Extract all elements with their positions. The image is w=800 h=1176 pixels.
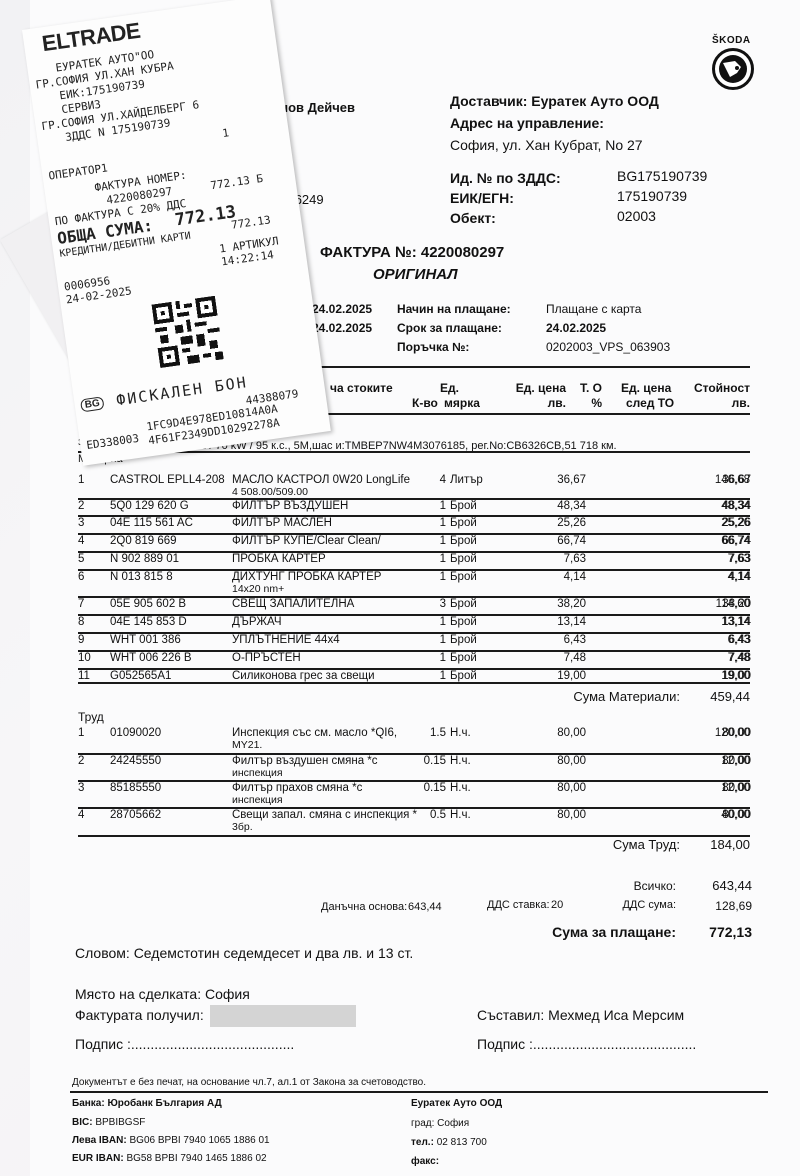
cell-name: Силиконова грес за свещи <box>232 670 432 682</box>
cell-unit: Брой <box>450 634 510 646</box>
cell-qty: 1.5 <box>408 727 446 739</box>
cell-value: 25,26 <box>688 517 750 529</box>
total-all-label: Всичко: <box>580 879 676 893</box>
eik-number: 175190739 <box>617 188 687 204</box>
cell-n: 6 <box>78 571 98 583</box>
cell-value: 7,48 <box>688 652 750 664</box>
cell-unit: Брой <box>450 670 510 682</box>
cell-price: 48,34 <box>508 500 586 512</box>
iban-eur: BG58 BPBI 7940 1465 1886 02 <box>126 1153 266 1164</box>
col-header-price-top: Ед. цена <box>500 381 566 395</box>
cell-unit: Н.ч. <box>450 755 510 767</box>
cell-qty: 1 <box>408 616 446 628</box>
receipt-operator: ОПЕРАТОР1 <box>48 161 109 182</box>
cell-value: 19,00 <box>688 670 750 682</box>
cell-unit: Н.ч. <box>450 782 510 794</box>
cell-unit: Брой <box>450 571 510 583</box>
vat-rate: 20 <box>551 899 563 911</box>
payment-method: Плащане с карта <box>546 302 641 316</box>
cell-price: 80,00 <box>508 727 586 739</box>
cell-qty: 1 <box>408 553 446 565</box>
cell-price: 19,00 <box>508 670 586 682</box>
cell-price: 6,43 <box>508 634 586 646</box>
cell-value: 12,00 <box>688 782 750 794</box>
col-header-qty: К-во <box>412 396 438 410</box>
fax-label: факс: <box>411 1156 439 1167</box>
tax-event-date: 24.02.2025 <box>312 321 372 335</box>
cell-name: Инспекция със см. масло *QI6, <box>232 727 432 739</box>
vat-rate-label: ДДС ставка: <box>487 899 550 911</box>
cell-value: 6,43 <box>688 634 750 646</box>
address-label: Адрес на управление: <box>450 115 604 131</box>
receipt-invoice-amount: 772.13 Б <box>210 172 264 192</box>
col-header-value: лв. <box>680 396 750 410</box>
cell-name: ДИХТУНГ ПРОБКА КАРТЕР <box>232 571 432 583</box>
cell-unit: Брой <box>450 616 510 628</box>
cell-qty: 0.5 <box>408 809 446 821</box>
cell-n: 9 <box>78 634 98 646</box>
cell-n: 3 <box>78 517 98 529</box>
place-of-deal: Място на сделката: София <box>75 986 250 1002</box>
composed-by: Съставил: Мехмед Иса Мерсим <box>477 1007 684 1023</box>
cell-value: 13,14 <box>688 616 750 628</box>
cell-name-continued: MY21. <box>232 739 262 751</box>
vat-sum-label: ДДС сума: <box>580 899 676 911</box>
invoice-title: ФАКТУРА №: 4220080297 <box>320 244 504 261</box>
cell-qty: 1 <box>408 670 446 682</box>
cell-n: 8 <box>78 616 98 628</box>
cell-n: 10 <box>78 652 98 664</box>
row-separator <box>78 682 750 684</box>
invoice-subtitle: ОРИГИНАЛ <box>373 266 458 283</box>
cell-value: 7,63 <box>688 553 750 565</box>
cell-qty: 1 <box>408 517 446 529</box>
materials-sum-label: Сума Материали: <box>560 689 680 704</box>
cell-price: 7,63 <box>508 553 586 565</box>
total-all: 643,44 <box>690 878 752 893</box>
cell-unit: Брой <box>450 500 510 512</box>
cell-n: 4 <box>78 535 98 547</box>
signature-left: Подпис :................................… <box>75 1036 294 1052</box>
col-header-name: ча стоките <box>330 381 393 395</box>
cell-n: 7 <box>78 598 98 610</box>
cell-name-continued: 4 508.00/509.00 <box>232 486 308 498</box>
iban-bgn-label: Лева IBAN: <box>72 1135 127 1146</box>
cell-price: 38,20 <box>508 598 586 610</box>
cell-name: Филтър прахов смяна *с <box>232 782 432 794</box>
cell-n: 2 <box>78 500 98 512</box>
brand-name: ŠKODA <box>712 35 751 46</box>
cell-qty: 1 <box>408 571 446 583</box>
cell-price: 25,26 <box>508 517 586 529</box>
receipt-device-number: ED338003 <box>86 432 140 452</box>
issue-date: 24.02.2025 <box>312 302 372 316</box>
receipt-marker: 1 <box>221 126 229 140</box>
materials-sum: 459,44 <box>690 689 750 704</box>
col-header-value-top: Стойност <box>680 381 750 395</box>
company-name: Еуратек Ауто ООД <box>411 1098 502 1109</box>
cell-n: 4 <box>78 809 98 821</box>
company-city: град: София <box>411 1118 469 1129</box>
skoda-logo-icon <box>712 48 754 90</box>
cell-value: 12,00 <box>688 755 750 767</box>
payable-total: 772,13 <box>690 924 752 940</box>
cell-name-continued: инспекция <box>232 767 283 779</box>
cell-name-continued: 14x20 nm+ <box>232 583 284 595</box>
due-date-label: Срок за плащане: <box>397 321 502 335</box>
tax-base-label: Данъчна основа: <box>321 901 407 913</box>
cell-unit: Н.ч. <box>450 727 510 739</box>
object-label: Обект: <box>450 210 496 226</box>
col-header-disc-top: Т. О <box>570 381 602 395</box>
cell-name: ФИЛТЪР ВЪЗДУШЕН <box>232 500 432 512</box>
col-header-price: лв. <box>500 396 566 410</box>
cell-value: 48,34 <box>688 500 750 512</box>
cell-unit: Литър <box>450 474 510 486</box>
cell-name: Филтър въздушен смяна *с <box>232 755 432 767</box>
bic: BPBIBGSF <box>95 1117 145 1128</box>
cell-qty: 1 <box>408 535 446 547</box>
cell-name: ФИЛТЪР МАСЛЕН <box>232 517 432 529</box>
phone-label: тел.: <box>411 1137 434 1148</box>
cell-price: 4,14 <box>508 571 586 583</box>
col-header-after: след ТО <box>626 396 674 410</box>
cell-n: 2 <box>78 755 98 767</box>
cell-unit: Брой <box>450 517 510 529</box>
bank-name: Банка: Юробанк България АД <box>72 1098 222 1109</box>
redacted-recipient <box>210 1005 356 1027</box>
cell-price: 13,14 <box>508 616 586 628</box>
received-by-label: Фактурата получил: <box>75 1007 204 1023</box>
cell-value: 146,68 <box>688 474 750 486</box>
amount-in-words: Словом: Седемстотин седемдесет и два лв.… <box>75 945 413 961</box>
cell-price: 80,00 <box>508 782 586 794</box>
cell-unit: Брой <box>450 598 510 610</box>
cell-qty: 1 <box>408 652 446 664</box>
cell-name-continued: инспекция <box>232 794 283 806</box>
cell-name: УПЛЪТНЕНИЕ 44x4 <box>232 634 432 646</box>
legal-note: Документът е без печат, на основание чл.… <box>72 1077 426 1088</box>
cell-name-continued: 3бр. <box>232 821 253 833</box>
order-number: 0202003_VPS_063903 <box>546 340 670 354</box>
labor-sum-label: Сума Труд: <box>560 837 680 852</box>
cell-name: Свещи запал. смяна с инспекция * <box>232 809 432 821</box>
bg-badge-icon: BG <box>80 396 105 412</box>
cell-qty: 0.15 <box>408 755 446 767</box>
cell-value: 4,14 <box>688 571 750 583</box>
cell-unit: Н.ч. <box>450 809 510 821</box>
labor-sum: 184,00 <box>690 837 750 852</box>
cell-qty: 1 <box>408 634 446 646</box>
cell-n: 3 <box>78 782 98 794</box>
cell-name: МАСЛО КАСТРОЛ 0W20 LongLife <box>232 474 432 486</box>
qr-code-icon <box>151 296 223 368</box>
vat-sum: 128,69 <box>690 899 752 913</box>
cell-price: 7,48 <box>508 652 586 664</box>
col-header-unit: мярка <box>444 396 480 410</box>
cell-value: 120,00 <box>688 727 750 739</box>
cell-price: 66,74 <box>508 535 586 547</box>
tax-base: 643,44 <box>408 901 442 913</box>
cell-price: 36,67 <box>508 474 586 486</box>
signature-right: Подпис :................................… <box>477 1036 696 1052</box>
supplier-address: София, ул. Хан Кубрат, No 27 <box>450 137 643 153</box>
vat-number: BG175190739 <box>617 168 707 184</box>
cell-value: 114,60 <box>688 598 750 610</box>
iban-bgn: BG06 BPBI 7940 1065 1886 01 <box>130 1135 270 1146</box>
bic-label: BIC: <box>72 1117 93 1128</box>
cell-n: 1 <box>78 727 98 739</box>
cell-value: 40,00 <box>688 809 750 821</box>
cell-value: 66,74 <box>688 535 750 547</box>
cell-n: 5 <box>78 553 98 565</box>
cell-name: СВЕЩ ЗАПАЛИТЕЛНА <box>232 598 432 610</box>
due-date: 24.02.2025 <box>546 321 606 335</box>
phone: 02 813 700 <box>437 1137 487 1148</box>
vat-label: Ид. № по ЗДДС: <box>450 170 561 186</box>
col-header-disc: % <box>570 396 602 410</box>
cell-name: ДЪРЖАЧ <box>232 616 432 628</box>
object-number: 02003 <box>617 208 656 224</box>
cell-n: 11 <box>78 670 98 682</box>
col-header-after-top: Ед. цена <box>621 381 671 395</box>
cell-name: О-ПРЪСТЕН <box>232 652 432 664</box>
cell-qty: 4 <box>408 474 446 486</box>
labor-label: Труд <box>78 710 104 724</box>
cell-price: 80,00 <box>508 755 586 767</box>
cell-unit: Брой <box>450 652 510 664</box>
eik-label: ЕИК/ЕГН: <box>450 190 514 206</box>
payable-label: Сума за плащане: <box>530 924 676 940</box>
cell-qty: 1 <box>408 500 446 512</box>
cell-unit: Брой <box>450 535 510 547</box>
cell-name: ФИЛТЪР КУПЕ/Clear Clean/ <box>232 535 432 547</box>
payment-method-label: Начин на плащане: <box>397 302 511 316</box>
order-label: Поръчка №: <box>397 340 469 354</box>
supplier-name: Доставчик: Еуратек Ауто ООД <box>450 93 659 109</box>
col-header-unit-top: Ед. <box>440 381 459 395</box>
receipt-fiscal-label: ФИСКАЛЕН БОН <box>115 373 249 409</box>
cell-name: ПРОБКА КАРТЕР <box>232 553 432 565</box>
cell-qty: 3 <box>408 598 446 610</box>
cell-qty: 0.15 <box>408 782 446 794</box>
cell-price: 80,00 <box>508 809 586 821</box>
cell-unit: Брой <box>450 553 510 565</box>
footer-rule <box>70 1091 768 1093</box>
iban-eur-label: EUR IBAN: <box>72 1153 124 1164</box>
cell-n: 1 <box>78 474 98 486</box>
